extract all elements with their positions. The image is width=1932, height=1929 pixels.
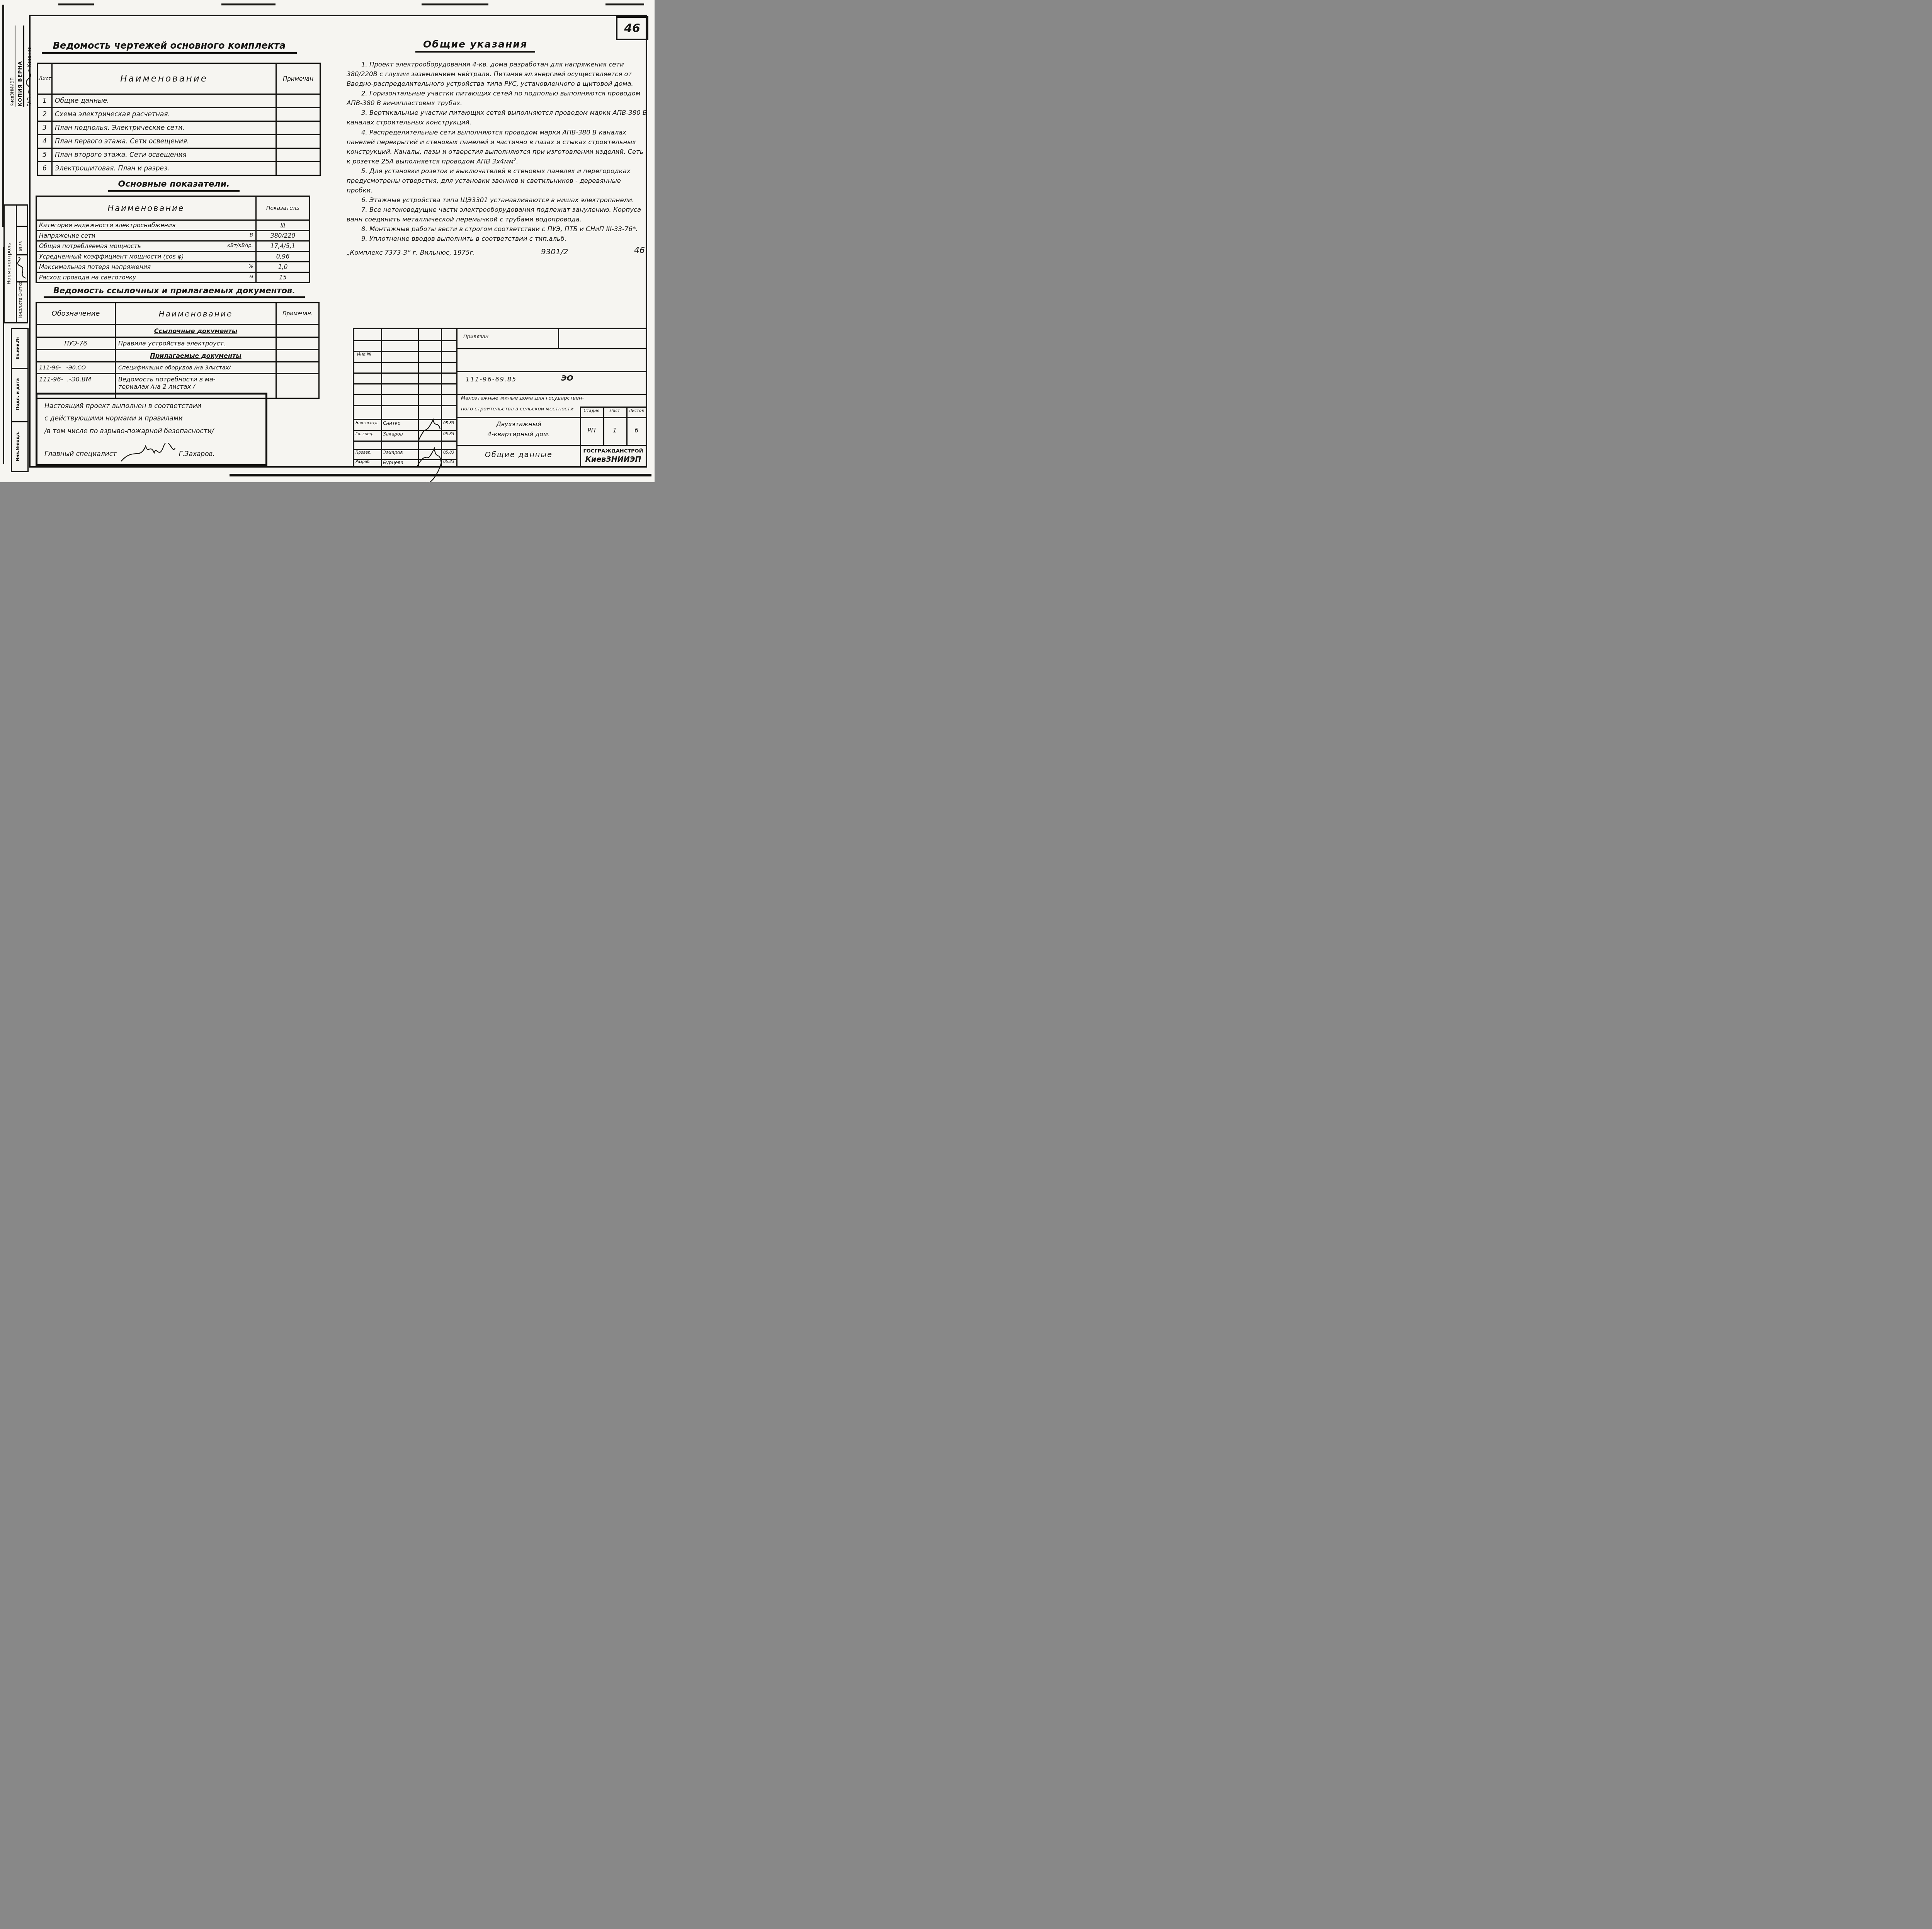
compliance-note: Настоящий проект выполнен в соответствии… [36,393,267,466]
page-number: 46 [624,22,640,35]
stamp-gap-line: ГАП Косенко [26,26,32,107]
table-row: 2 Схема электрическая расчетная. [37,108,320,121]
project-title-line1: Малоэтажные жилые дома для государствен- [461,395,584,401]
sheets-label: Листов [626,408,646,413]
project-title-line2: ного строительства в сельской местности [461,406,573,412]
signature-name: Снитко [383,420,401,426]
title-block: Привязан Инв.№ 111-96-69.85 ЭО Малоэтажн… [353,328,647,468]
signature-squiggle [16,256,28,280]
normcontrol-label: Нормоконтроль [6,208,12,320]
page-number-box: 46 [616,16,648,40]
indicators-table: Наименование Показатель Категория надежн… [36,196,310,283]
table-header-row: Обозначение Наименование Примечан. [36,303,319,325]
table-row: Прилагаемые документы [36,350,319,362]
stage-label: Стадия [580,408,603,413]
note-item: 3. Вертикальные участки питающих сетей в… [347,108,647,127]
sheet-label: Лист [603,408,626,413]
linked-label: Привязан [463,334,488,340]
table-row: 3 План подполья. Электрические сети. [37,121,320,135]
normcontrol-date: 05.83 [19,228,23,251]
margin-page-number: 46 [634,244,647,257]
table-row: 5 План второго этажа. Сети освещения [37,148,320,162]
signature-date: 05.83 [443,432,454,436]
signature-squiggle [416,417,443,443]
signature-squiggle [414,445,445,482]
archive-reference: 9301/2 [541,246,568,257]
organization-line1: ГОСГРАЖДАНСТРОЙ [580,448,646,454]
stamp-role: ГАП [27,97,32,107]
note-item: 6. Этажные устройства типа ЩЭ3301 устана… [347,195,647,205]
stage-value: РП [580,427,603,434]
note-item: 9. Уплотнение вводов выполнить в соответ… [347,234,647,243]
note-line: с действующими нормами и правилами [44,412,261,425]
table-row: Максимальная потеря напряжения% 1,0 [36,262,310,272]
margin-label-invpodl: Инв.№подл. [15,422,20,470]
table-row: 1 Общие данные. [37,94,320,108]
inventory-margin-strip: Вз.инв.№ Подп. и дата Инв.№подл. [11,328,29,472]
stamp-name: Косенко [27,47,32,67]
table-row: Ссылочные документы [36,325,319,337]
margin-label-vzinv: Вз.инв.№ [15,330,20,367]
signature-name: Захаров [383,431,403,437]
note-item: 4. Распределительные сети выполняются пр… [347,128,647,166]
table-header-row: Лист Наименование Примечан [37,63,320,94]
document-code: ЭО [561,373,573,383]
table-row: ПУЭ-76 Правила устройства электроуст. [36,337,319,350]
general-notes-title: Общие указания [415,39,535,53]
note-item: 5. Для установки розеток и выключателей … [347,166,647,195]
table-header-row: Наименование Показатель [36,196,310,220]
document-number: 111-96-69.85 [466,376,517,383]
note-item: 1. Проект электрооборудования 4-кв. дома… [347,60,647,88]
signature-squiggle [119,443,177,464]
signature-role: Разраб. [355,460,371,464]
drawings-register-title: Ведомость чертежей основного комплекта [42,40,297,54]
copy-stamp: КиевЗНИИЭП КОПИЯ ВЕРНА ГАП Косенко [4,24,28,108]
fold-mark [58,3,94,5]
signature-role: Гл. спец. [355,432,374,436]
signature-name: Захаров [383,450,403,455]
table-row: Усредненный коэффициент мощности (cos φ)… [36,252,310,262]
drawings-register-table: Лист Наименование Примечан 1 Общие данны… [37,63,321,176]
note-signoff: Главный специалист Г.Захаров. [44,443,261,464]
documents-register-table: Обозначение Наименование Примечан. Ссыло… [36,302,320,399]
drawing-sheet: 46 КиевЗНИИЭП КОПИЯ ВЕРНА ГАП Косенко Но… [0,0,655,482]
note-line: /в том числе по взрыво-пожарной безопасн… [44,425,261,437]
table-row: 111-96- -Э0.СО Спецификация оборудов./на… [36,362,319,374]
sheets-value: 6 [626,427,646,434]
note-item: 7. Все нетоковедущие части электрооборуд… [347,205,647,224]
table-row: Напряжение сетиВ 380/220 [36,231,310,241]
object-title-line1: Двухэтажный [457,420,580,428]
table-row: 6 Электрощитовая. План и разрез. [37,162,320,175]
table-row: Категория надежности электроснабжения II… [36,220,310,231]
signature-name: Бурцева [383,460,403,465]
table-row: Общая потребляемая мощностькВт/кВАр. 17,… [36,241,310,252]
margin-label-podp: Подп. и дата [15,369,20,419]
indicators-title: Основные показатели. [108,179,240,192]
notes-tail: „Комплекс 7373-3“ г. Вильнюс, 1975г. 930… [347,244,647,257]
table-row: Расход провода на светоточкум 15 [36,272,310,283]
note-line: Настоящий проект выполнен в соответствии [44,400,261,412]
album-reference: „Комплекс 7373-3“ г. Вильнюс, 1975г. [347,248,475,257]
documents-register-title: Ведомость ссылочных и прилагаемых докуме… [44,286,305,298]
stamp-copy-line: КОПИЯ ВЕРНА [17,26,24,107]
signature-squiggle [26,69,32,96]
sheet-title: Общие данные [457,451,580,459]
normcontrol-block: Нормоконтроль Нач.эл.отд Снитко 05.83 [3,204,28,323]
signature-role: Провер. [355,451,372,455]
fold-mark [221,3,276,5]
signature-role: Нач.эл.отд [355,421,378,425]
stamp-org: КиевЗНИИЭП [10,26,15,107]
inventory-number-label: Инв.№ [356,352,372,357]
fold-mark [422,3,488,5]
note-item: 2. Горизонтальные участки питающих сетей… [347,88,647,108]
table-row: 4 План первого этажа. Сети освещения. [37,135,320,148]
signature-date: 05.83 [443,421,454,425]
object-title-line2: 4-квартирный дом. [457,430,580,438]
sheet-value: 1 [603,427,626,434]
general-notes: 1. Проект электрооборудования 4-кв. дома… [347,60,647,257]
fold-mark [605,3,644,5]
note-item: 8. Монтажные работы вести в строгом соот… [347,224,647,234]
organization-line2: КиевЗНИИЭП [580,455,646,464]
